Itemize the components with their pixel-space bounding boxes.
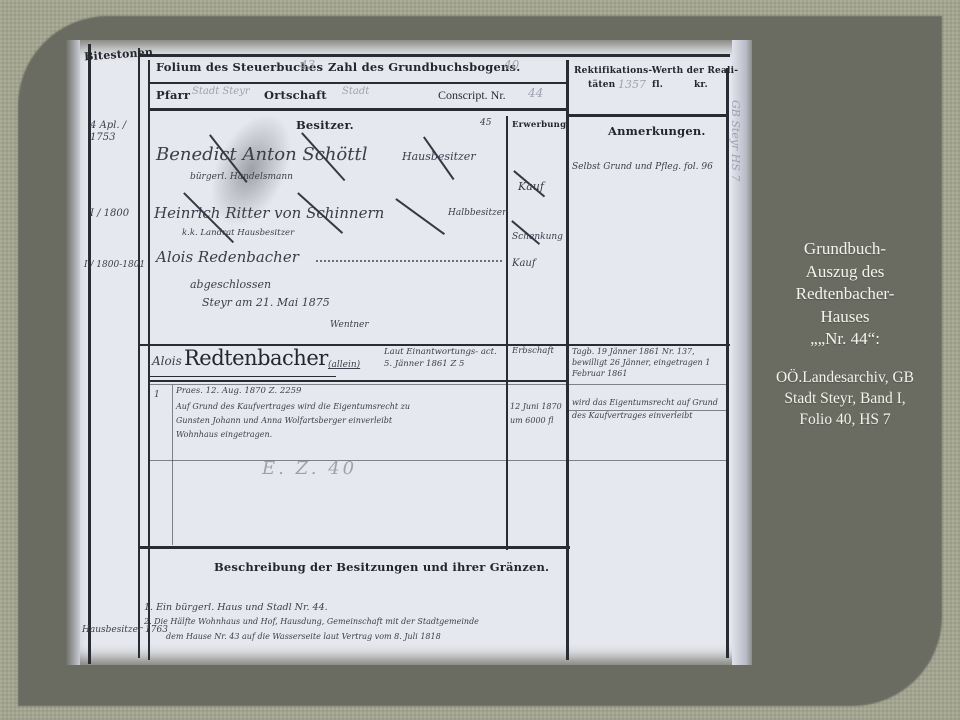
left-note-1: 4 Apl. / 1753 (90, 120, 136, 144)
left-note-desc: Hausbesitzer 1763 (82, 625, 168, 635)
owner-3-erwerbung: Kauf (512, 258, 536, 269)
owner-2-name: Heinrich Ritter von Schinnern (154, 204, 384, 222)
entry-2-anmerkung: wird das Eigentumsrecht auf Grund des Ka… (572, 396, 722, 422)
description-line-3: dem Hause Nr. 43 auf die Wasserseite lau… (166, 632, 441, 641)
owner-1-name: Benedict Anton Schöttl (156, 144, 367, 165)
ez-stamp: E. Z. 40 (262, 458, 357, 479)
anmerkung-1: Selbst Grund und Pfleg. fol. 96 (572, 160, 722, 174)
conscript-label: Conscript. Nr. (438, 88, 506, 103)
rektif-value: 1357 (618, 78, 646, 91)
side-margin-note: GB Steyr HS 7 (729, 100, 742, 181)
entry-2-text-3: Wohnhaus eingetragen. (176, 430, 272, 439)
entry-2-date: 12 Juni 1870 (510, 402, 562, 411)
besitzer-num: 45 (480, 118, 491, 128)
caption-source: OÖ.Landesarchiv, GB Stadt Steyr, Band I,… (752, 367, 938, 430)
caption-source-line: OÖ.Landesarchiv, GB (752, 367, 938, 388)
caption-title: Grundbuch- Auszug des Redtenbacher- Haus… (752, 238, 938, 351)
rektif-label: Rektifikations-Werth der Reali- (574, 66, 738, 76)
caption-title-line: Redtenbacher- (752, 283, 938, 306)
alois-prefix: Alois (152, 354, 182, 368)
folium-value: 43 (300, 58, 315, 72)
description-line-2: 2. Die Hälfte Wohnhaus und Hof, Hausdung… (144, 617, 479, 626)
owner-3-name: Alois Redenbacher (156, 248, 299, 266)
left-column-header: Bitestonen (84, 46, 154, 64)
entry-2-text-1: Auf Grund des Kaufvertrages wird die Eig… (176, 402, 410, 411)
caption-title-line: Grundbuch- (752, 238, 938, 261)
pfarre-value: Stadt Steyr (192, 86, 250, 97)
rektif-kr: kr. (694, 80, 708, 90)
entry-2-amount: um 6000 fl (510, 416, 554, 425)
description-line-1: 1. Ein bürgerl. Haus und Stadl Nr. 44. (144, 602, 328, 613)
entry-2-head: Praes. 12. Aug. 1870 Z. 2259 (176, 386, 301, 396)
owner-2-title: Halbbesitzer (448, 208, 506, 218)
caption-source-line: Stadt Steyr, Band I, (752, 388, 938, 409)
besitzer-header: Besitzer. (296, 118, 354, 132)
alois-name: Redtenbacher (184, 346, 328, 370)
archival-document-photo: Bitestonen 4 Apl. / 1753 I / 1800 I / 18… (66, 40, 752, 665)
ortschaft-value: Stadt (342, 86, 369, 97)
caption-title-line: „„Nr. 44“: (752, 328, 938, 351)
caption-title-line: Hauses (752, 306, 938, 329)
owner-note-1: Steyr am 21. Mai 1875 (202, 296, 330, 309)
anmerkungen-header: Anmerkungen. (608, 124, 706, 138)
left-note-2: I / 1800 (90, 208, 129, 219)
folium-label: Folium des Steuerbuches (156, 60, 323, 74)
zahl-value: 40 (504, 58, 519, 72)
book-spine-edge (66, 40, 80, 665)
rektif-label-2: täten (588, 80, 615, 90)
owner-note-2: Wentner (330, 320, 369, 330)
entry-2-pos: 1 (154, 390, 160, 400)
description-header: Beschreibung der Besitzungen und ihrer G… (214, 560, 549, 574)
owner-3-sub: abgeschlossen (190, 278, 271, 291)
pfarre-label: Pfarr (156, 88, 190, 102)
rektif-fl: fl. (652, 80, 663, 90)
alois-basis: Laut Einantwortungs- act. 5. Jänner 1861… (384, 346, 506, 370)
left-note-3: I / 1800-1801 (84, 260, 145, 270)
entry-2-text-2: Gunsten Johann und Anna Wolfartsberger e… (176, 416, 392, 425)
caption-title-line: Auszug des (752, 261, 938, 284)
erwerbung-header: Erwerbung (512, 120, 566, 130)
conscript-value: 44 (528, 86, 543, 100)
ortschaft-label: Ortschaft (264, 88, 327, 102)
caption-source-line: Folio 40, HS 7 (752, 409, 938, 430)
alois-erwerbung: Erbschaft (512, 346, 554, 356)
alois-suffix: (allein) (328, 360, 360, 370)
alois-anmerkung: Tagb. 19 Jänner 1861 Nr. 137, bewilligt … (572, 346, 722, 379)
owner-2-sub: k.k. Landrat Hausbesitzer (182, 228, 294, 238)
slide-caption: Grundbuch- Auszug des Redtenbacher- Haus… (752, 238, 938, 430)
zahl-label: Zahl des Grundbuchsbogens. (328, 60, 520, 74)
